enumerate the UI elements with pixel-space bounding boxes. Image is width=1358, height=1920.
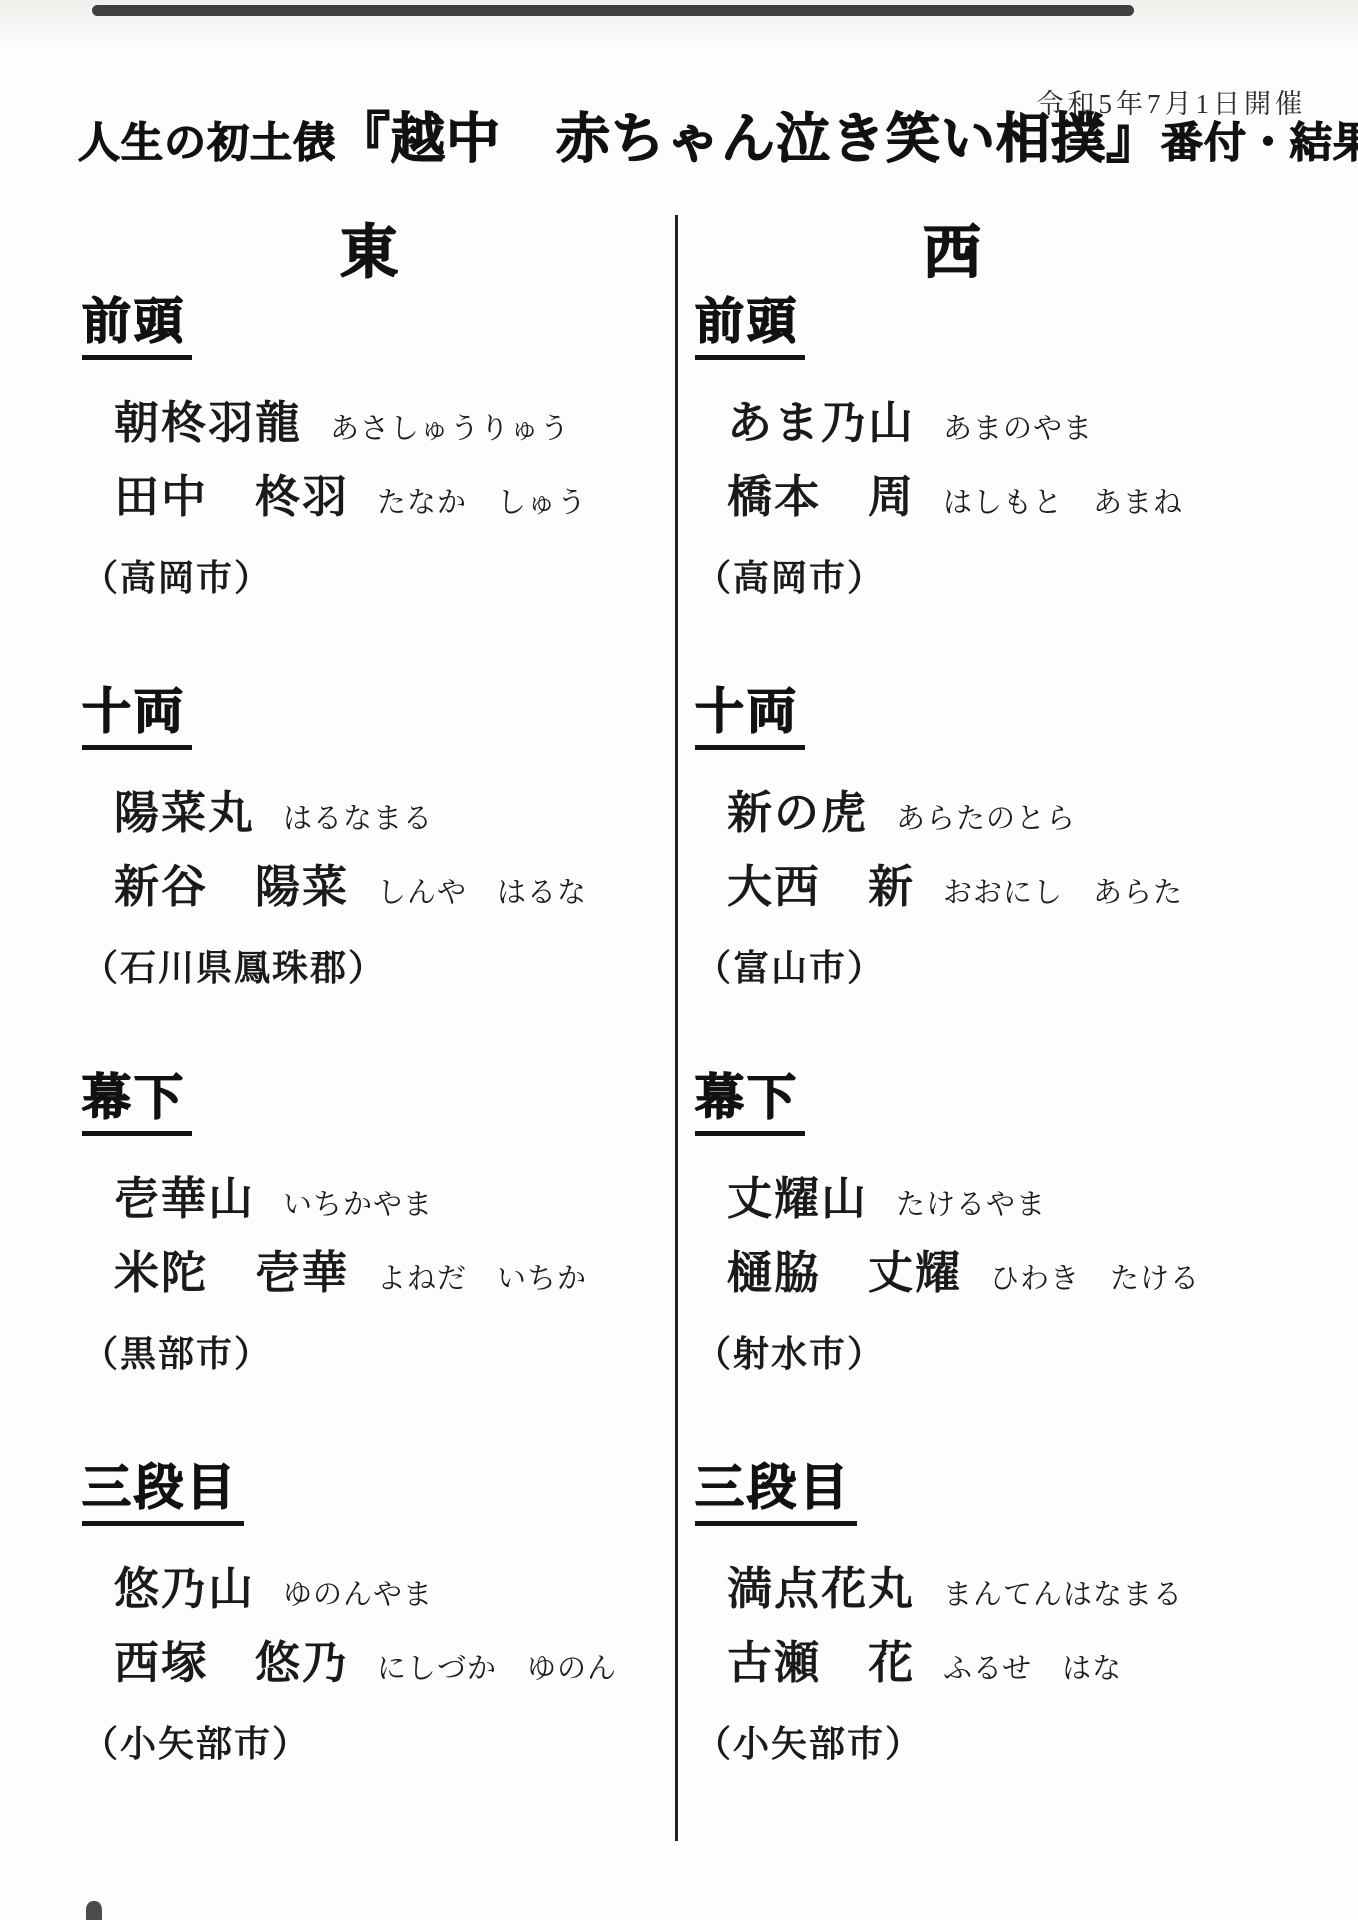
hometown: （小矢部市）: [82, 1716, 310, 1767]
shikona: 満点花丸: [727, 1563, 915, 1614]
real-name: 新谷 陽菜: [114, 861, 349, 912]
shikona-kana: ゆのんやま: [283, 1579, 433, 1611]
rank-section-sandanme-east: 三段目 悠乃山ゆのんやま 西塚 悠乃にしづか ゆのん （小矢部市）: [80, 1462, 660, 1792]
shikona-row: 満点花丸まんてんはなまる: [693, 1552, 1273, 1617]
real-name-row: 橋本 周はしもと あまね: [693, 460, 1273, 525]
rank-header: 前頭: [82, 296, 192, 360]
rank-header: 三段目: [82, 1462, 244, 1526]
west-column-header: 西: [663, 205, 1243, 289]
rank-section-maegashira-east: 前頭 朝柊羽龍あさしゅうりゅう 田中 柊羽たなか しゅう （高岡市）: [80, 296, 660, 626]
real-name-row: 樋脇 丈耀ひわき たける: [693, 1236, 1273, 1301]
rank-section-maegashira-west: 前頭 あま乃山あまのやま 橋本 周はしもと あまね （高岡市）: [693, 296, 1273, 626]
shikona: 丈耀山: [727, 1173, 868, 1224]
real-name-row: 田中 柊羽たなか しゅう: [80, 460, 660, 525]
shikona-row: 壱華山いちかやま: [80, 1162, 660, 1227]
shikona-row: 悠乃山ゆのんやま: [80, 1552, 660, 1617]
shikona-row: 新の虎あらたのとら: [693, 776, 1273, 841]
shikona-row: 陽菜丸はるなまる: [80, 776, 660, 841]
real-name: 米陀 壱華: [114, 1247, 349, 1298]
title-event-name: 『越中 赤ちゃん泣き笑い相撲』: [336, 109, 1161, 169]
rank-header: 前頭: [695, 296, 805, 360]
shikona: 壱華山: [114, 1173, 255, 1224]
east-column: 東 前頭 朝柊羽龍あさしゅうりゅう 田中 柊羽たなか しゅう （高岡市） 十両 …: [80, 205, 660, 1865]
shikona: 陽菜丸: [114, 787, 255, 838]
rank-section-sandanme-west: 三段目 満点花丸まんてんはなまる 古瀬 花ふるせ はな （小矢部市）: [693, 1462, 1273, 1792]
east-column-header: 東: [80, 205, 660, 289]
hometown: （黒部市）: [82, 1326, 272, 1377]
shikona-row: 丈耀山たけるやま: [693, 1162, 1273, 1227]
real-name: 樋脇 丈耀: [727, 1247, 962, 1298]
real-name-row: 古瀬 花ふるせ はな: [693, 1626, 1273, 1691]
real-name-kana: おおにし あらた: [943, 877, 1183, 909]
rank-header: 十両: [82, 686, 192, 750]
shikona: 新の虎: [727, 787, 868, 838]
real-name-row: 新谷 陽菜しんや はるな: [80, 850, 660, 915]
scan-artifact-bottom-mark: [86, 1901, 102, 1920]
rank-section-juryo-west: 十両 新の虎あらたのとら 大西 新おおにし あらた （富山市）: [693, 686, 1273, 1016]
hometown: （高岡市）: [695, 550, 885, 601]
shikona-kana: はるなまる: [283, 803, 433, 835]
west-column: 西 前頭 あま乃山あまのやま 橋本 周はしもと あまね （高岡市） 十両 新の虎…: [693, 205, 1273, 1865]
shikona-kana: あまのやま: [943, 413, 1093, 445]
scan-artifact-top-bar: [92, 5, 1134, 16]
hometown: （富山市）: [695, 940, 885, 991]
real-name-kana: よねだ いちか: [377, 1263, 587, 1295]
rank-section-makushita-east: 幕下 壱華山いちかやま 米陀 壱華よねだ いちか （黒部市）: [80, 1072, 660, 1402]
shikona-row: 朝柊羽龍あさしゅうりゅう: [80, 386, 660, 451]
shikona: 朝柊羽龍: [114, 397, 302, 448]
shikona: 悠乃山: [114, 1563, 255, 1614]
page-title: 人生の初土俵『越中 赤ちゃん泣き笑い相撲』番付・結果: [78, 96, 1318, 173]
real-name-kana: たなか しゅう: [377, 487, 587, 519]
real-name-row: 米陀 壱華よねだ いちか: [80, 1236, 660, 1301]
title-prefix: 人生の初土俵: [78, 119, 336, 166]
title-suffix: 番付・結果: [1161, 119, 1358, 166]
shikona-kana: まんてんはなまる: [943, 1579, 1183, 1611]
real-name: 橋本 周: [727, 471, 915, 522]
rank-header: 十両: [695, 686, 805, 750]
shikona-kana: あさしゅうりゅう: [330, 413, 570, 445]
real-name-kana: にしづか ゆのん: [377, 1653, 617, 1685]
shikona-kana: いちかやま: [283, 1189, 433, 1221]
real-name: 古瀬 花: [727, 1637, 915, 1688]
shikona-kana: たけるやま: [896, 1189, 1046, 1221]
hometown: （高岡市）: [82, 550, 272, 601]
real-name-kana: ひわき たける: [990, 1263, 1200, 1295]
rank-section-makushita-west: 幕下 丈耀山たけるやま 樋脇 丈耀ひわき たける （射水市）: [693, 1072, 1273, 1402]
real-name: 田中 柊羽: [114, 471, 349, 522]
column-divider: [675, 215, 678, 1841]
banzuke-sheet: 令和5年7月1日開催 人生の初土俵『越中 赤ちゃん泣き笑い相撲』番付・結果 東 …: [0, 0, 1358, 1920]
rank-section-juryo-east: 十両 陽菜丸はるなまる 新谷 陽菜しんや はるな （石川県鳳珠郡）: [80, 686, 660, 1016]
hometown: （小矢部市）: [695, 1716, 923, 1767]
real-name-kana: はしもと あまね: [943, 487, 1183, 519]
rank-header: 三段目: [695, 1462, 857, 1526]
real-name: 大西 新: [727, 861, 915, 912]
shikona-kana: あらたのとら: [896, 803, 1076, 835]
rank-header: 幕下: [695, 1072, 805, 1136]
real-name-kana: しんや はるな: [377, 877, 587, 909]
real-name-kana: ふるせ はな: [943, 1653, 1122, 1685]
real-name: 西塚 悠乃: [114, 1637, 349, 1688]
shikona: あま乃山: [727, 397, 915, 448]
hometown: （射水市）: [695, 1326, 885, 1377]
real-name-row: 大西 新おおにし あらた: [693, 850, 1273, 915]
hometown: （石川県鳳珠郡）: [82, 940, 386, 991]
shikona-row: あま乃山あまのやま: [693, 386, 1273, 451]
rank-header: 幕下: [82, 1072, 192, 1136]
real-name-row: 西塚 悠乃にしづか ゆのん: [80, 1626, 660, 1691]
